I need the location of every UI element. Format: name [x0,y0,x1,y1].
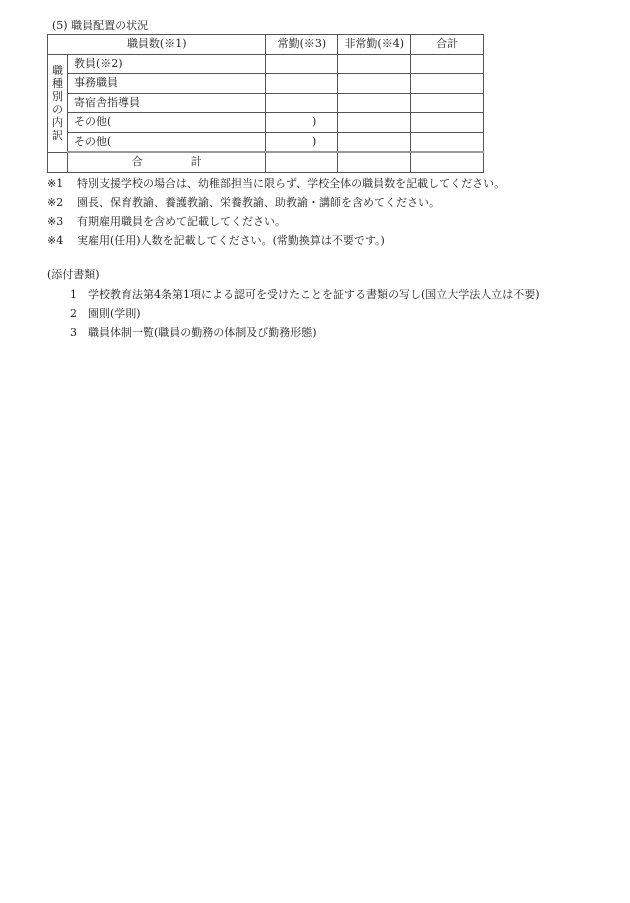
row-label-teachers: 教員(※2) [67,54,266,74]
job-type-breakdown-label: 職 種 別 の 内 訳 [48,54,68,152]
section-title: (5) 職員配置の状況 [52,17,148,33]
table-row: 事務職員 [48,74,484,94]
office-fulltime-cell[interactable] [266,74,338,94]
row-label-office-staff: 事務職員 [67,74,266,94]
office-total-cell[interactable] [411,74,484,94]
table-row: 寄宿舎指導員 [48,93,484,113]
dormitory-total-cell[interactable] [411,93,484,113]
staff-allocation-table: 職員数(※1) 常勤(※3) 非常勤(※4) 合計 職 種 別 の 内 訳 教員… [47,34,484,173]
header-parttime: 非常勤(※4) [338,35,411,55]
teachers-parttime-cell[interactable] [338,54,411,74]
row-label-dormitory-instructor: 寄宿舎指導員 [67,93,266,113]
attachment-item: 1学校教育法第4条第1項による認可を受けたことを証する書類の写し(国立大学法人立… [70,285,540,304]
attachment-item: 2園則(学則) [70,304,540,323]
teachers-total-cell[interactable] [411,54,484,74]
row-label-other-2[interactable]: その他( ) [67,132,266,152]
teachers-fulltime-cell[interactable] [266,54,338,74]
row-label-other-1[interactable]: その他( ) [67,113,266,133]
other2-parttime-cell[interactable] [338,132,411,152]
other1-total-cell[interactable] [411,113,484,133]
footnote-4: ※4実雇用(任用)人数を記載してください。(常勤換算は不要です。) [47,231,505,250]
other2-total-cell[interactable] [411,132,484,152]
table-header-row: 職員数(※1) 常勤(※3) 非常勤(※4) 合計 [48,35,484,55]
total-row-label: 合計 [67,152,266,172]
total-parttime-cell[interactable] [338,152,411,172]
total-fulltime-cell[interactable] [266,152,338,172]
dormitory-fulltime-cell[interactable] [266,93,338,113]
table-total-row: 合計 [48,152,484,172]
other1-parttime-cell[interactable] [338,113,411,133]
total-row-spacer [48,152,68,172]
footnote-3: ※3有期雇用職員を含めて記載してください。 [47,212,505,231]
other2-fulltime-cell[interactable] [266,132,338,152]
office-parttime-cell[interactable] [338,74,411,94]
table-row: その他( ) [48,132,484,152]
attachments-title: (添付書類) [47,266,100,282]
header-fulltime: 常勤(※3) [266,35,338,55]
total-total-cell[interactable] [411,152,484,172]
footnote-1: ※1特別支援学校の場合は、幼稚部担当に限らず、学校全体の職員数を記載してください… [47,174,505,193]
footnote-2: ※2園長、保育教諭、養護教諭、栄養教諭、助教諭・講師を含めてください。 [47,193,505,212]
attachments-list: 1学校教育法第4条第1項による認可を受けたことを証する書類の写し(国立大学法人立… [70,285,540,342]
attachment-item: 3職員体制一覧(職員の勤務の体制及び勤務形態) [70,323,540,342]
table-row: 職 種 別 の 内 訳 教員(※2) [48,54,484,74]
header-total: 合計 [411,35,484,55]
dormitory-parttime-cell[interactable] [338,93,411,113]
header-staff-count: 職員数(※1) [48,35,266,55]
table-row: その他( ) [48,113,484,133]
footnotes: ※1特別支援学校の場合は、幼稚部担当に限らず、学校全体の職員数を記載してください… [47,174,505,250]
other1-fulltime-cell[interactable] [266,113,338,133]
